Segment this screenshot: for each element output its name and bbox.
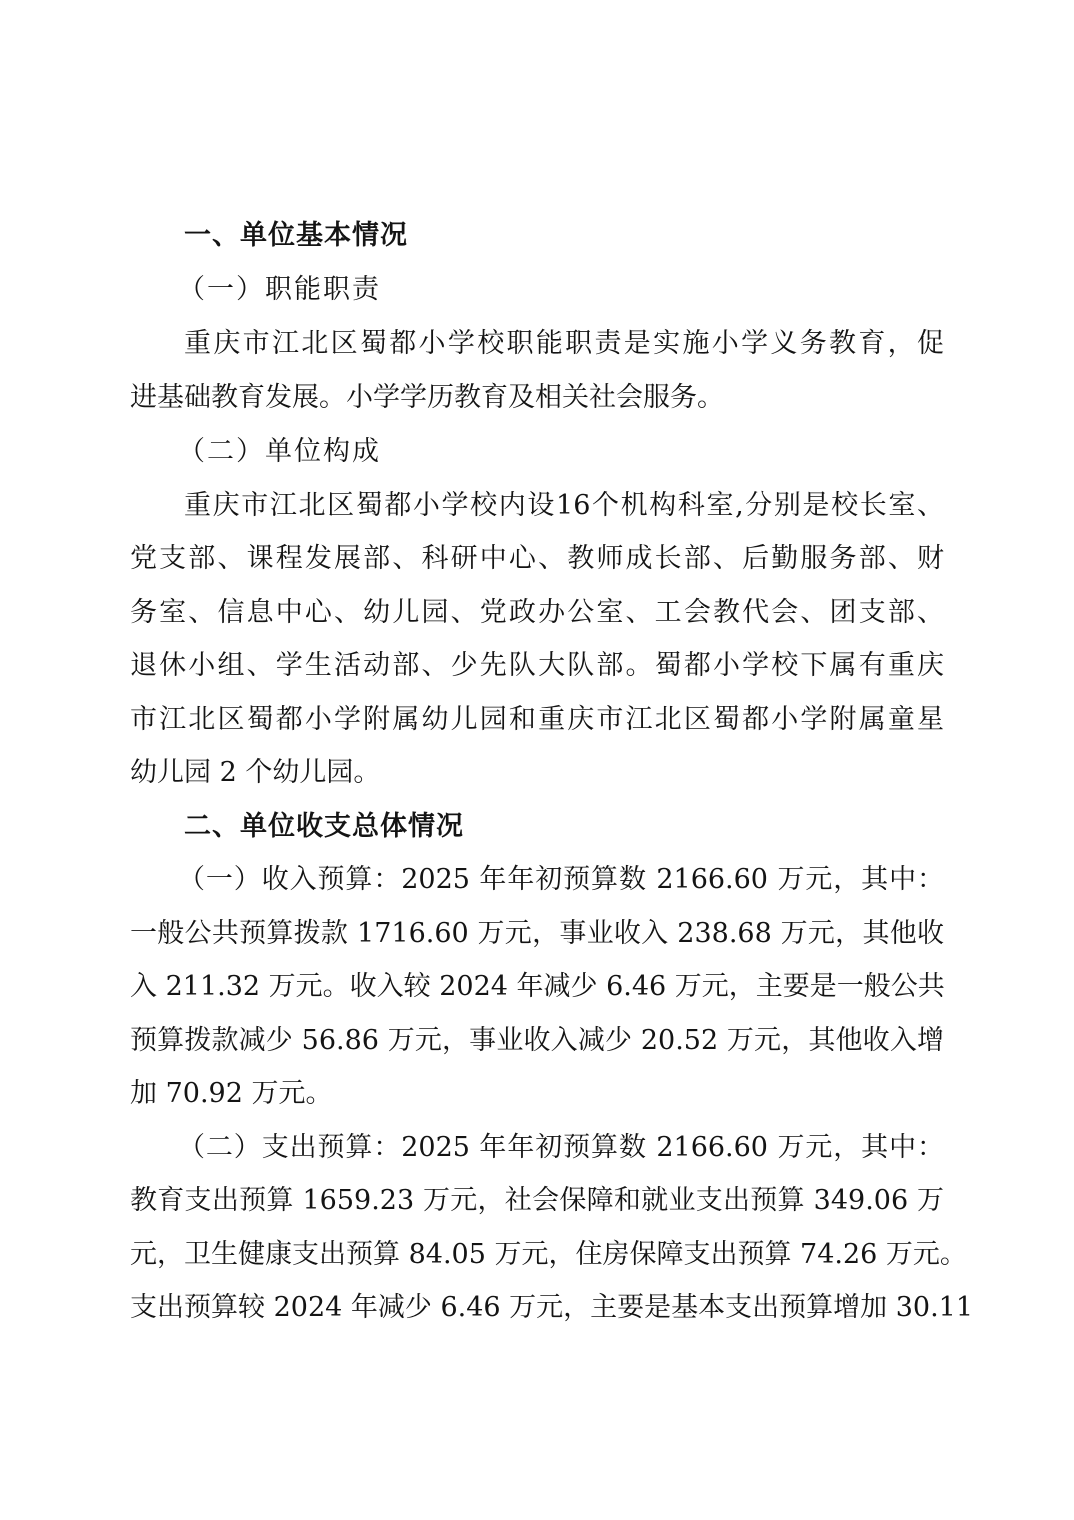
paragraph-line: 教育支出预算 1659.23 万元，社会保障和就业支出预算 349.06 万: [130, 1183, 944, 1219]
subsection-title-composition: （二）单位构成: [178, 434, 938, 470]
paragraph-line: 加 70.92 万元。: [130, 1076, 944, 1112]
section-heading-budget-overview: 二、单位收支总体情况: [184, 809, 944, 845]
paragraph-line-expense-budget: （二）支出预算：2025 年年初预算数 2166.60 万元，其中：: [178, 1130, 944, 1166]
paragraph-line: 退休小组、学生活动部、少先队大队部。蜀都小学校下属有重庆: [130, 648, 944, 684]
paragraph-line: 幼儿园 2 个幼儿园。: [130, 755, 944, 791]
paragraph-line: 重庆市江北区蜀都小学校内设16个机构科室,分别是校长室、: [184, 488, 944, 524]
paragraph-line: 入 211.32 万元。收入较 2024 年减少 6.46 万元，主要是一般公共: [130, 969, 944, 1005]
paragraph-line: 党支部、课程发展部、科研中心、教师成长部、后勤服务部、财: [130, 541, 944, 577]
subsection-title-functions: （一）职能职责: [178, 272, 938, 308]
paragraph-line: 元，卫生健康支出预算 84.05 万元，住房保障支出预算 74.26 万元。: [130, 1237, 944, 1273]
paragraph-line: 预算拨款减少 56.86 万元，事业收入减少 20.52 万元，其他收入增: [130, 1023, 944, 1059]
paragraph-line: 务室、信息中心、幼儿园、党政办公室、工会教代会、团支部、: [130, 595, 944, 631]
document-page: 一、单位基本情况 （一）职能职责 重庆市江北区蜀都小学校职能职责是实施小学义务教…: [0, 0, 1074, 1520]
paragraph-line: 支出预算较 2024 年减少 6.46 万元，主要是基本支出预算增加 30.11: [130, 1290, 944, 1326]
paragraph-line: 市江北区蜀都小学附属幼儿园和重庆市江北区蜀都小学附属童星: [130, 702, 944, 738]
paragraph-line: 重庆市江北区蜀都小学校职能职责是实施小学义务教育，促: [184, 326, 944, 362]
section-heading-basic-info: 一、单位基本情况: [184, 218, 944, 254]
paragraph-line-income-budget: （一）收入预算：2025 年年初预算数 2166.60 万元，其中：: [178, 862, 944, 898]
paragraph-line: 进基础教育发展。小学学历教育及相关社会服务。: [130, 380, 944, 416]
paragraph-line: 一般公共预算拨款 1716.60 万元，事业收入 238.68 万元，其他收: [130, 916, 944, 952]
